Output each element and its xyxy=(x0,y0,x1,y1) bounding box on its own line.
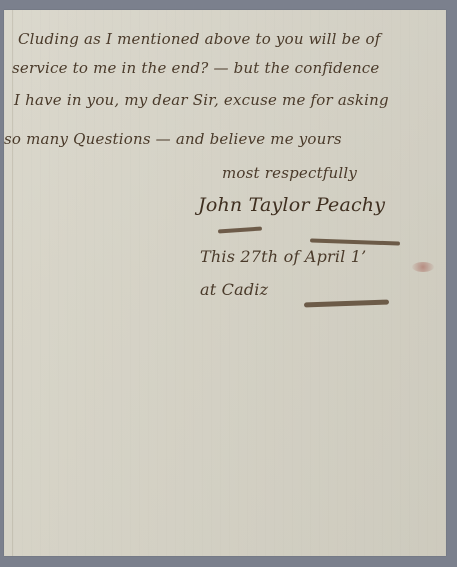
paper-fold-line xyxy=(12,10,13,556)
letter-body-line-1: Cluding as I mentioned above to you will… xyxy=(18,30,380,48)
letter-page: Cluding as I mentioned above to you will… xyxy=(4,10,446,556)
document-viewer: Cluding as I mentioned above to you will… xyxy=(0,0,457,567)
letter-body-line-2: service to me in the end? — but the conf… xyxy=(12,59,380,77)
letter-body-line-4: so many Questions — and believe me yours xyxy=(4,130,342,148)
letter-closing: most respectfully xyxy=(222,164,357,182)
signature-flourish xyxy=(310,238,400,245)
signature-flourish xyxy=(218,226,262,233)
letter-place: at Cadiz xyxy=(200,280,268,299)
letter-date: This 27th of April 1’ xyxy=(200,247,366,266)
date-flourish xyxy=(304,300,389,308)
ink-stain xyxy=(412,262,434,272)
letter-body-line-3: I have in you, my dear Sir, excuse me fo… xyxy=(14,91,389,109)
letter-signature: John Taylor Peachy xyxy=(198,194,385,216)
